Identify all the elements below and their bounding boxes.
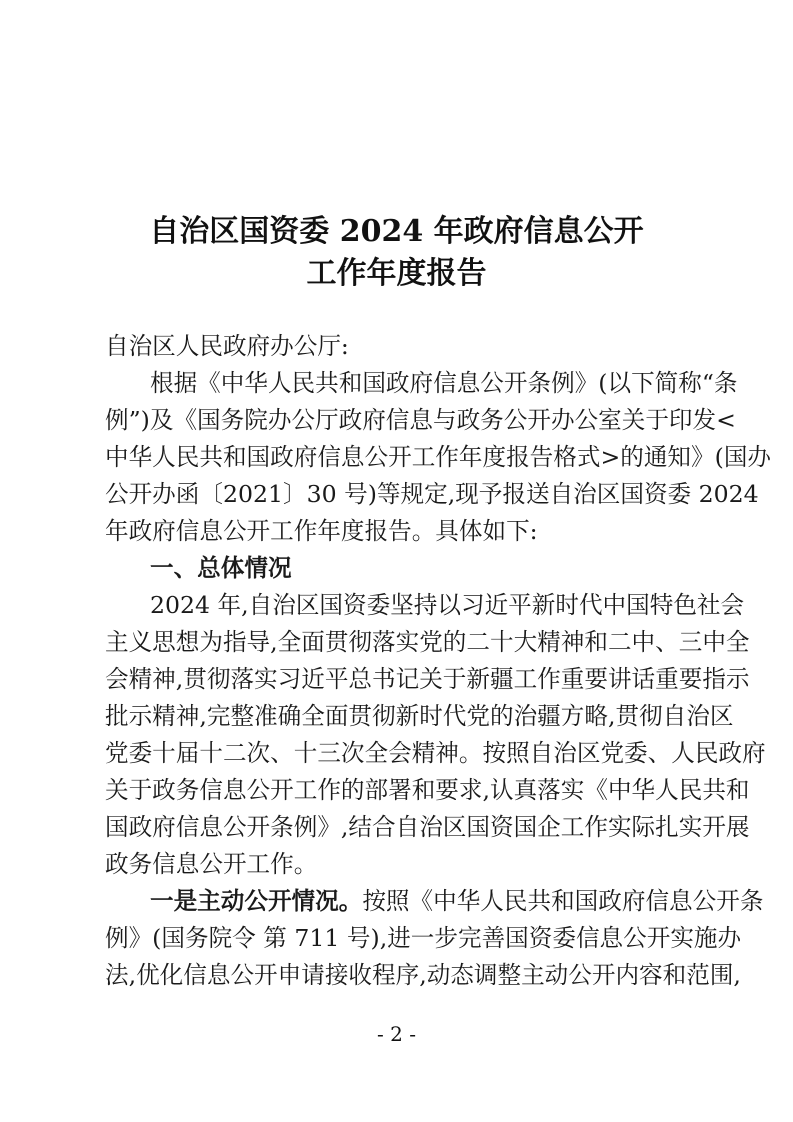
body-line: 国政府信息公开条例》,结合自治区国资国企工作实际扎实开展: [105, 813, 693, 841]
point1-text: 按照《中华人民共和国政府信息公开条: [362, 887, 763, 915]
body-line: 政务信息公开工作。: [105, 850, 693, 878]
document-title-line1: 自治区国资委 2024 年政府信息公开: [0, 206, 793, 250]
point1-first-line: 一是主动公开情况。按照《中华人民共和国政府信息公开条: [150, 887, 693, 915]
salutation: 自治区人民政府办公厅:: [105, 332, 693, 360]
document-title-line2: 工作年度报告: [0, 248, 793, 292]
intro-line: 年政府信息公开工作年度报告。具体如下:: [105, 517, 693, 545]
intro-line: 中华人民共和国政府信息公开工作年度报告格式>的通知》(国办: [105, 443, 693, 471]
body-line: 主义思想为指导,全面贯彻落实党的二十大精神和二中、三中全: [105, 628, 693, 656]
body-line: 2024 年,自治区国资委坚持以习近平新时代中国特色社会: [150, 591, 693, 619]
body-line: 批示精神,完整准确全面贯彻新时代党的治疆方略,贯彻自治区: [105, 702, 693, 730]
body-line: 例》(国务院令 第 711 号),进一步完善国资委信息公开实施办: [105, 924, 693, 952]
intro-line: 根据《中华人民共和国政府信息公开条例》(以下简称“条: [150, 369, 693, 397]
intro-line: 例”)及《国务院办公厅政府信息与政务公开办公室关于印发<: [105, 406, 693, 434]
point1-label: 一是主动公开情况。: [150, 887, 362, 915]
section-heading: 一、总体情况: [150, 554, 693, 582]
intro-line: 公开办函〔2021〕30 号)等规定,现予报送自治区国资委 2024: [105, 480, 693, 508]
body-line: 法,优化信息公开申请接收程序,动态调整主动公开内容和范围,: [105, 961, 693, 989]
body-line: 关于政务信息公开工作的部署和要求,认真落实《中华人民共和: [105, 776, 693, 804]
page-number: - 2 -: [0, 1022, 793, 1046]
body-line: 党委十届十二次、十三次全会精神。按照自治区党委、人民政府: [105, 739, 693, 767]
body-line: 会精神,贯彻落实习近平总书记关于新疆工作重要讲话重要指示: [105, 665, 693, 693]
